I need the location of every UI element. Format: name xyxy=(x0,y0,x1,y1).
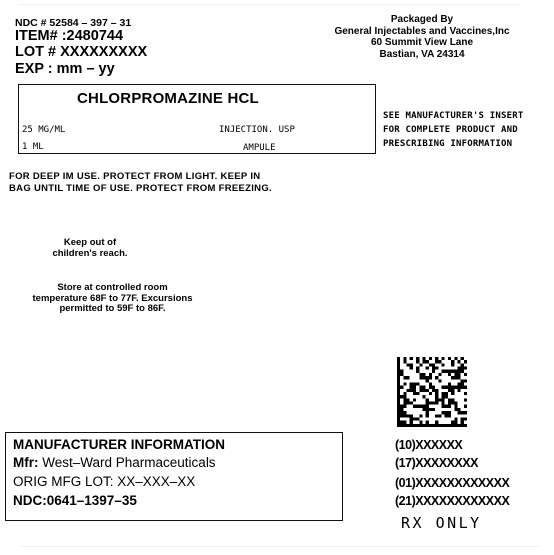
expiration-date: EXP : mm – yy xyxy=(15,61,115,77)
manufacturer-name: Mfr: West–Ward Pharmaceuticals xyxy=(13,455,216,470)
gs1-batch: (10)XXXXXX xyxy=(395,436,509,454)
insert-note-line: FOR COMPLETE PRODUCT AND xyxy=(383,123,523,137)
packager-info: Packaged By General Injectables and Vacc… xyxy=(316,14,528,60)
packager-line: Packaged By xyxy=(316,14,528,26)
product-volume: 1 ML xyxy=(22,142,44,152)
product-route: INJECTION. USP xyxy=(219,125,295,135)
manufacturer-value: West–Ward Pharmaceuticals xyxy=(39,455,216,470)
scan-artifact-line xyxy=(20,4,520,5)
rx-only-label: RX ONLY xyxy=(401,514,482,532)
storage-line: permitted to 59F to 86F. xyxy=(10,304,215,315)
gs1-expiry: (17)XXXXXXXX xyxy=(395,454,509,472)
gs1-gtin: (01)XXXXXXXXXXXX xyxy=(395,474,509,492)
storage-instructions: Store at controlled room temperature 68F… xyxy=(10,283,215,315)
usage-warning: FOR DEEP IM USE. PROTECT FROM LIGHT. KEE… xyxy=(9,171,272,194)
storage-line: Store at controlled room xyxy=(10,283,215,294)
item-number: ITEM# :2480744 xyxy=(15,28,123,44)
scan-artifact-line xyxy=(20,546,540,547)
warning-line: BAG UNTIL TIME OF USE. PROTECT FROM FREE… xyxy=(9,183,272,195)
insert-note-line: SEE MANUFACTURER'S INSERT xyxy=(383,109,523,123)
packager-line: Bastian, VA 24314 xyxy=(316,49,528,61)
warning-line: FOR DEEP IM USE. PROTECT FROM LIGHT. KEE… xyxy=(9,171,272,183)
gs1-serial: (21)XXXXXXXXXXXX xyxy=(395,492,509,510)
keep-out-line: Keep out of xyxy=(30,237,150,248)
manufacturer-ndc: NDC:0641–1397–35 xyxy=(13,493,137,508)
datamatrix-barcode-icon xyxy=(397,357,467,427)
gs1-identifiers: (10)XXXXXX (17)XXXXXXXX (01)XXXXXXXXXXXX… xyxy=(395,436,509,510)
manufacturer-heading: MANUFACTURER INFORMATION xyxy=(13,437,225,452)
manufacturer-box: MANUFACTURER INFORMATION Mfr: West–Ward … xyxy=(5,432,343,521)
product-box: CHLORPROMAZINE HCL 25 MG/ML INJECTION. U… xyxy=(18,84,376,154)
original-mfg-lot: ORIG MFG LOT: XX–XXX–XX xyxy=(13,474,195,489)
packager-line: 60 Summit View Lane xyxy=(316,37,528,49)
insert-note-line: PRESCRIBING INFORMATION xyxy=(383,137,523,151)
insert-note: SEE MANUFACTURER'S INSERT FOR COMPLETE P… xyxy=(383,109,523,151)
keep-out-of-reach: Keep out of children's reach. xyxy=(30,237,150,259)
packager-line: General Injectables and Vaccines,Inc xyxy=(316,26,528,38)
manufacturer-label: Mfr: xyxy=(13,455,39,470)
product-strength: 25 MG/ML xyxy=(22,125,65,135)
product-container: AMPULE xyxy=(243,143,276,153)
product-name: CHLORPROMAZINE HCL xyxy=(77,90,259,107)
lot-number: LOT # XXXXXXXXX xyxy=(15,44,147,60)
keep-out-line: children's reach. xyxy=(30,248,150,259)
